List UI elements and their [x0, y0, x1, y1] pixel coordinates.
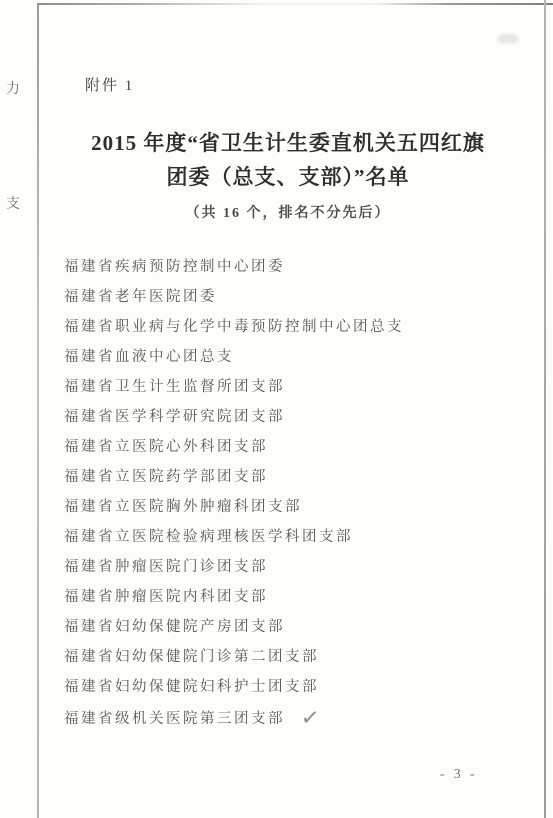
list-item: 福建省肿瘤医院门诊团支部 [64, 552, 404, 582]
list-item-text: 福建省妇幼保健院产房团支部 [64, 619, 285, 635]
list-item: 福建省疾病预防控制中心团委 [64, 252, 404, 282]
list-item: 福建省妇幼保健院妇科护士团支部 [64, 672, 404, 702]
list-item-text: 福建省老年医院团委 [64, 289, 217, 305]
list-item-text: 福建省血液中心团总支 [64, 349, 234, 365]
list-item: 福建省妇幼保健院产房团支部 [64, 612, 404, 642]
list-item-text: 福建省级机关医院第三团支部 [64, 711, 285, 727]
document-title-line-2: 团委（总支、支部）”名单 [38, 160, 538, 194]
handwritten-checkmark-icon: ✓ [299, 703, 320, 735]
award-recipient-list: 福建省疾病预防控制中心团委 福建省老年医院团委 福建省职业病与化学中毒预防控制中… [64, 252, 404, 732]
list-item: 福建省肿瘤医院内科团支部 [64, 582, 404, 612]
list-item: 福建省血液中心团总支 [64, 342, 404, 372]
list-item: 福建省妇幼保健院门诊第二团支部 [64, 642, 404, 672]
margin-bleed-char-1: 力 [6, 78, 32, 98]
list-item-text: 福建省妇幼保健院妇科护士团支部 [64, 679, 319, 695]
list-item-text: 福建省疾病预防控制中心团委 [64, 259, 285, 275]
list-item-text: 福建省立医院药学部团支部 [64, 469, 268, 485]
list-item: 福建省立医院胸外肿瘤科团支部 [64, 492, 404, 522]
attachment-label: 附件 1 [85, 74, 134, 95]
list-item-text: 福建省职业病与化学中毒预防控制中心团总支 [64, 319, 404, 335]
scanned-document-page: 力 支 附件 1 2015 年度“省卫生计生委直机关五四红旗 团委（总支、支部）… [0, 0, 553, 818]
list-item-text: 福建省立医院心外科团支部 [64, 439, 268, 455]
list-item-text: 福建省立医院检验病理核医学科团支部 [64, 529, 353, 545]
list-item: 福建省立医院检验病理核医学科团支部 [64, 522, 404, 552]
page-top-edge-line [37, 3, 553, 5]
document-title-block: 2015 年度“省卫生计生委直机关五四红旗 团委（总支、支部）”名单 （共 16… [38, 126, 538, 222]
margin-bleed-char-2: 支 [6, 193, 32, 213]
document-subtitle: （共 16 个，排名不分先后） [38, 202, 538, 222]
list-item: 福建省级机关医院第三团支部 ✓ [64, 702, 404, 732]
list-item: 福建省职业病与化学中毒预防控制中心团总支 [64, 312, 404, 342]
list-item: 福建省立医院药学部团支部 [64, 462, 404, 492]
page-number: - 3 - [440, 766, 478, 782]
list-item-text: 福建省医学科学研究院团支部 [64, 409, 285, 425]
document-title-line-1: 2015 年度“省卫生计生委直机关五四红旗 [38, 126, 538, 160]
list-item-text: 福建省肿瘤医院内科团支部 [64, 589, 268, 605]
page-right-edge-line [544, 0, 546, 818]
list-item-text: 福建省肿瘤医院门诊团支部 [64, 559, 268, 575]
list-item: 福建省卫生计生监督所团支部 [64, 372, 404, 402]
scan-smudge-artifact [498, 34, 518, 43]
list-item-text: 福建省妇幼保健院门诊第二团支部 [64, 649, 319, 665]
list-item-text: 福建省卫生计生监督所团支部 [64, 379, 285, 395]
list-item: 福建省立医院心外科团支部 [64, 432, 404, 462]
list-item-text: 福建省立医院胸外肿瘤科团支部 [64, 499, 302, 515]
list-item: 福建省医学科学研究院团支部 [64, 402, 404, 432]
list-item: 福建省老年医院团委 [64, 282, 404, 312]
